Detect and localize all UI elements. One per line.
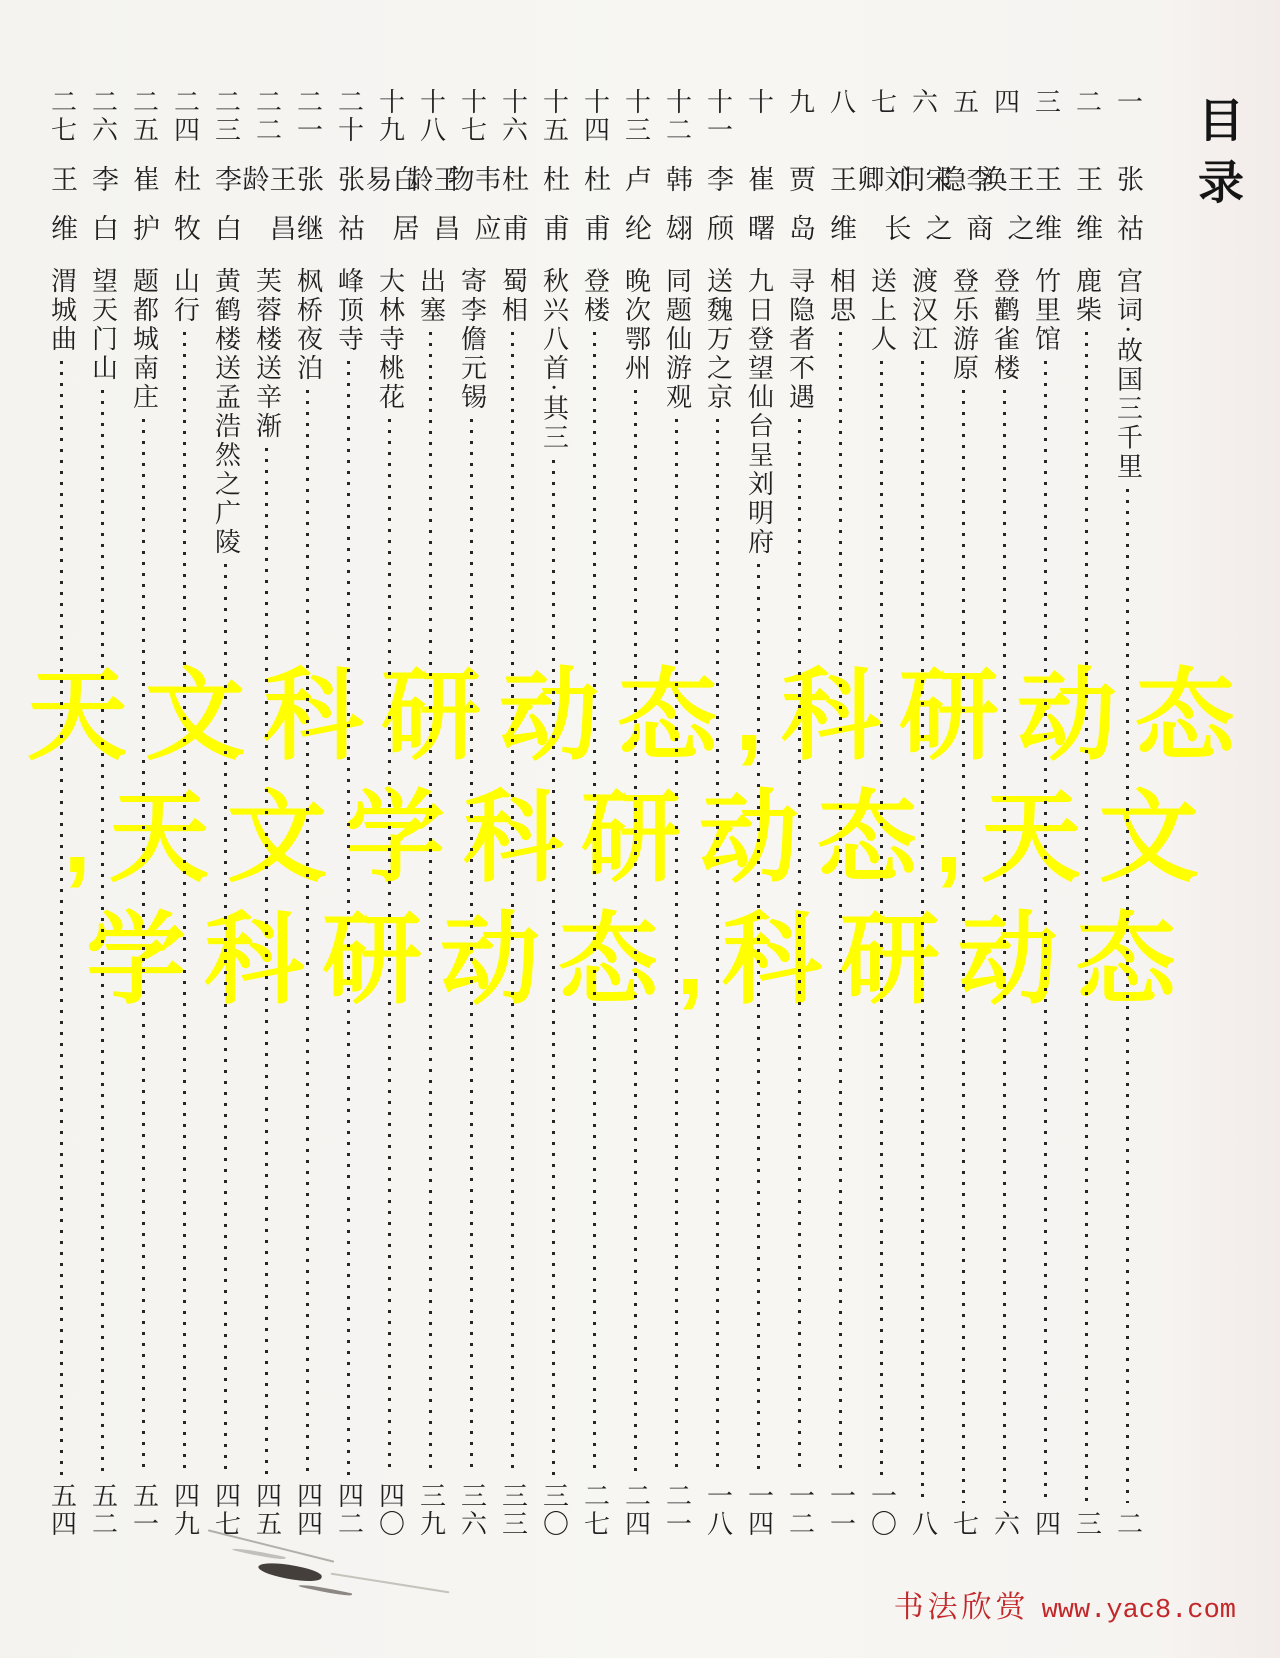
entry-number: 二 [1074,88,1100,165]
entry-title: 题都城南庄 [131,267,157,412]
toc-entry: 十二 韩翃 同题仙游观 二一 [656,88,697,1538]
entry-title: 九日登望仙台呈刘明府 [746,267,772,557]
entry-page-number: 五一 [131,1482,157,1538]
entry-page-number: 三 [1074,1510,1100,1538]
entry-title: 望天门山 [90,267,116,383]
entry-author: 杜牧 [171,165,198,241]
dotted-leader [1126,489,1129,1503]
toc-entry: 二十 张祜 峰顶寺 四二 [328,88,369,1538]
entry-number: 二十 [336,88,362,165]
entry-author: 崔曙 [745,165,772,241]
dotted-leader [552,460,555,1475]
dotted-leader [429,332,432,1475]
entry-author: 王昌龄 [240,165,294,241]
entry-title: 登乐游原 [951,267,977,383]
entry-title: 寻隐者不遇 [787,267,813,412]
entry-page-number: 八 [910,1510,936,1538]
dotted-leader [798,419,801,1475]
entry-title: 渡汉江 [910,267,936,354]
entry-number: 十七 [459,88,485,165]
entry-author: 李白 [89,165,116,241]
entry-number: 九 [787,88,813,165]
dotted-leader [716,419,719,1475]
dotted-leader [839,332,842,1475]
entry-title: 秋兴八首·其三 [541,267,567,453]
site-url: www.yac8.com [1042,1596,1236,1626]
dotted-leader [634,390,637,1475]
ink-scratch [331,1573,450,1594]
toc-entry: 二一 张继 枫桥夜泊 四四 [287,88,328,1538]
entry-author: 卢纶 [622,165,649,241]
dotted-leader [60,361,63,1475]
toc-entry: 一 张祜 宫词·故国三千里 二 [1107,88,1148,1538]
entry-page-number: 六 [992,1510,1018,1538]
entry-number: 四 [992,88,1018,165]
dotted-leader [675,419,678,1475]
toc-entry: 十五 杜甫 秋兴八首·其三 三〇 [533,88,574,1538]
dotted-leader [880,361,883,1475]
entry-title: 大林寺桃花 [377,267,403,412]
entry-number: 二四 [172,88,198,165]
entry-number: 十五 [541,88,567,165]
entry-author: 刘长卿 [855,165,909,241]
entry-number: 二二 [254,88,280,165]
dotted-leader [306,390,309,1475]
entry-page-number: 四〇 [377,1482,403,1538]
entry-title: 渭城曲 [49,267,75,354]
entry-page-number: 二七 [582,1482,608,1538]
entry-number: 一 [1115,88,1141,165]
dotted-leader [470,419,473,1475]
toc-entry: 二 王维 鹿柴 三 [1066,88,1107,1538]
toc-entry: 十九 白居易 大林寺桃花 四〇 [369,88,410,1538]
entry-author: 李白 [212,165,239,241]
entry-page-number: 一〇 [869,1482,895,1538]
entry-number: 七 [869,88,895,165]
entry-title: 送魏万之京 [705,267,731,412]
entry-author: 白居易 [363,165,417,241]
entry-number: 十 [746,88,772,165]
page-title: 目录 [1184,96,1250,220]
dotted-leader [757,564,760,1475]
entry-author: 杜甫 [499,165,526,241]
dotted-leader [224,564,227,1475]
dotted-leader [183,332,186,1475]
entry-title: 出塞 [418,267,444,325]
entry-author: 王维 [827,165,854,241]
entry-number: 八 [828,88,854,165]
dotted-leader [1003,390,1006,1503]
entry-author: 张祜 [1114,165,1141,241]
entry-number: 三 [1033,88,1059,165]
entry-page-number: 七 [951,1510,977,1538]
entry-title: 芙蓉楼送辛渐 [254,267,280,441]
toc-entry: 十一 李颀 送魏万之京 一八 [697,88,738,1538]
entry-title: 山行 [172,267,198,325]
entry-page-number: 一一 [828,1482,854,1538]
entry-title: 登鹳雀楼 [992,267,1018,383]
entry-number: 十三 [623,88,649,165]
dotted-leader [593,332,596,1475]
entry-number: 二三 [213,88,239,165]
entry-page-number: 二 [1115,1510,1141,1538]
dotted-leader [962,390,965,1503]
toc-entry: 十七 韦应物 寄李儋元锡 三六 [451,88,492,1538]
entry-number: 十八 [418,88,444,165]
toc-entry: 二五 崔护 题都城南庄 五一 [123,88,164,1538]
entry-title: 送上人 [869,267,895,354]
entry-number: 二七 [49,88,75,165]
entry-page-number: 四九 [172,1482,198,1538]
toc-entry: 二三 李白 黄鹤楼送孟浩然之广陵 四七 [205,88,246,1538]
entry-number: 二一 [295,88,321,165]
toc-entry: 十四 杜甫 登楼 二七 [574,88,615,1538]
entry-author: 王维 [1073,165,1100,241]
dotted-leader [142,419,145,1475]
entry-title: 竹里馆 [1033,267,1059,354]
table-of-contents: 一 张祜 宫词·故国三千里 二 二 王维 鹿柴 三 三 王维 竹里馆 四 四 王… [41,88,1148,1538]
toc-entry: 十 崔曙 九日登望仙台呈刘明府 一四 [738,88,779,1538]
footer-credit: 书法欣赏www.yac8.com [894,1582,1236,1626]
entry-author: 李颀 [704,165,731,241]
entry-number: 二六 [90,88,116,165]
entry-page-number: 一二 [787,1482,813,1538]
entry-page-number: 四四 [295,1482,321,1538]
entry-author: 崔护 [130,165,157,241]
entry-title: 同题仙游观 [664,267,690,412]
entry-number: 六 [910,88,936,165]
entry-number: 十二 [664,88,690,165]
entry-title: 峰顶寺 [336,267,362,354]
entry-title: 蜀相 [500,267,526,325]
entry-title: 黄鹤楼送孟浩然之广陵 [213,267,239,557]
toc-entry: 五 李商隐 登乐游原 七 [943,88,984,1538]
entry-page-number: 五二 [90,1482,116,1538]
dotted-leader [511,332,514,1475]
dotted-leader [1085,332,1088,1503]
entry-page-number: 四二 [336,1482,362,1538]
dotted-leader [101,390,104,1475]
dotted-leader [388,419,391,1475]
entry-page-number: 四五 [254,1482,280,1538]
entry-page-number: 一八 [705,1482,731,1538]
toc-entry: 八 王维 相思 一一 [820,88,861,1538]
entry-number: 十一 [705,88,731,165]
entry-author: 杜甫 [581,165,608,241]
entry-author: 王维 [48,165,75,241]
toc-entry: 二七 王维 渭城曲 五四 [41,88,82,1538]
entry-title: 枫桥夜泊 [295,267,321,383]
toc-entry: 二二 王昌龄 芙蓉楼送辛渐 四五 [246,88,287,1538]
site-name: 书法欣赏 [894,1591,1030,1624]
toc-entry: 二四 杜牧 山行 四九 [164,88,205,1538]
entry-title: 鹿柴 [1074,267,1100,325]
entry-title: 寄李儋元锡 [459,267,485,412]
entry-page-number: 二一 [664,1482,690,1538]
entry-title: 宫词·故国三千里 [1115,267,1141,482]
entry-page-number: 三〇 [541,1482,567,1538]
toc-entry: 十八 王昌龄 出塞 三九 [410,88,451,1538]
entry-title: 登楼 [582,267,608,325]
dotted-leader [265,448,268,1475]
toc-entry: 十三 卢纶 晚次鄂州 二四 [615,88,656,1538]
entry-author: 贾岛 [786,165,813,241]
entry-author: 韩翃 [663,165,690,241]
toc-entry: 七 刘长卿 送上人 一〇 [861,88,902,1538]
entry-page-number: 四七 [213,1482,239,1538]
scanned-book-page: 天文科研动态,科研动态 ,天文学科研动态,天文 学科研动态,科研动态 目录 一 … [0,0,1280,1658]
toc-entry: 四 王之涣 登鹳雀楼 六 [984,88,1025,1538]
entry-page-number: 一四 [746,1482,772,1538]
entry-number: 五 [951,88,977,165]
entry-author: 王维 [1032,165,1059,241]
entry-author: 杜甫 [540,165,567,241]
entry-page-number: 四 [1033,1510,1059,1538]
toc-entry: 六 宋之问 渡汉江 八 [902,88,943,1538]
entry-number: 二五 [131,88,157,165]
entry-number: 十六 [500,88,526,165]
entry-page-number: 五四 [49,1482,75,1538]
entry-number: 十九 [377,88,403,165]
toc-entry: 三 王维 竹里馆 四 [1025,88,1066,1538]
entry-number: 十四 [582,88,608,165]
entry-author: 张继 [294,165,321,241]
entry-author: 张祜 [335,165,362,241]
entry-title: 相思 [828,267,854,325]
ink-smudge [257,1559,322,1585]
entry-page-number: 二四 [623,1482,649,1538]
entry-page-number: 三三 [500,1482,526,1538]
dotted-leader [1044,361,1047,1503]
entry-title: 晚次鄂州 [623,267,649,383]
entry-page-number: 三六 [459,1482,485,1538]
toc-entry: 九 贾岛 寻隐者不遇 一二 [779,88,820,1538]
dotted-leader [921,361,924,1503]
entry-page-number: 三九 [418,1482,444,1538]
toc-entry: 十六 杜甫 蜀相 三三 [492,88,533,1538]
dotted-leader [347,361,350,1475]
toc-entry: 二六 李白 望天门山 五二 [82,88,123,1538]
